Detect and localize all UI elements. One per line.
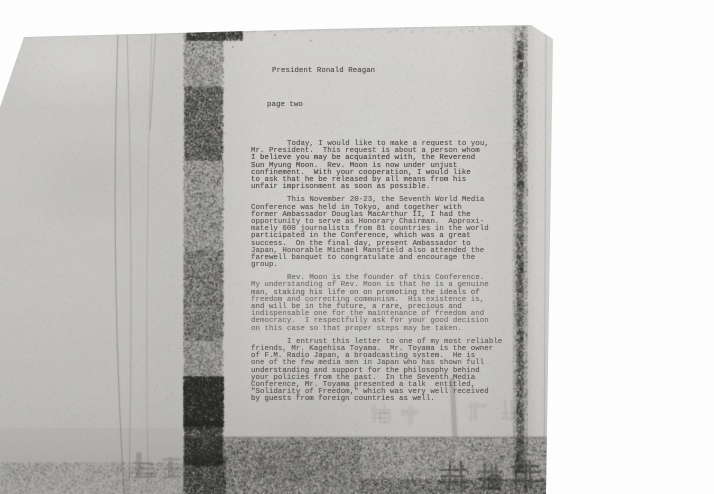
letter-line: on this case so that proper steps may be…: [251, 326, 501, 333]
letter-line: unfair imprisonment as soon as possible.: [251, 184, 501, 191]
letter-line: Mr. President. This request is about a p…: [251, 148, 501, 155]
page-number-label: page two: [251, 102, 501, 109]
letter-body: Today, I would like to make a request to…: [251, 141, 501, 403]
letter-paragraph: This November 20-23, the Seventh World M…: [251, 197, 501, 269]
letter-paragraph: Today, I would like to make a request to…: [251, 141, 501, 191]
letter-line: farewell banquet to congratulate and enc…: [251, 255, 501, 262]
letter-paragraph: Rev. Moon is the founder of this Confere…: [251, 275, 501, 333]
recipient-line: President Ronald Reagan: [251, 68, 501, 75]
letter-line: by guests from foreign countries as well…: [251, 396, 501, 403]
letter-paragraph: I entrust this letter to one of my most …: [251, 339, 501, 404]
letter-text-block: President Ronald Reagan page two Today, …: [251, 54, 501, 424]
scan-background: President Ronald Reagan page two Today, …: [0, 0, 714, 494]
letter-line: group.: [251, 262, 501, 269]
photocopy-page: President Ronald Reagan page two Today, …: [0, 0, 714, 494]
